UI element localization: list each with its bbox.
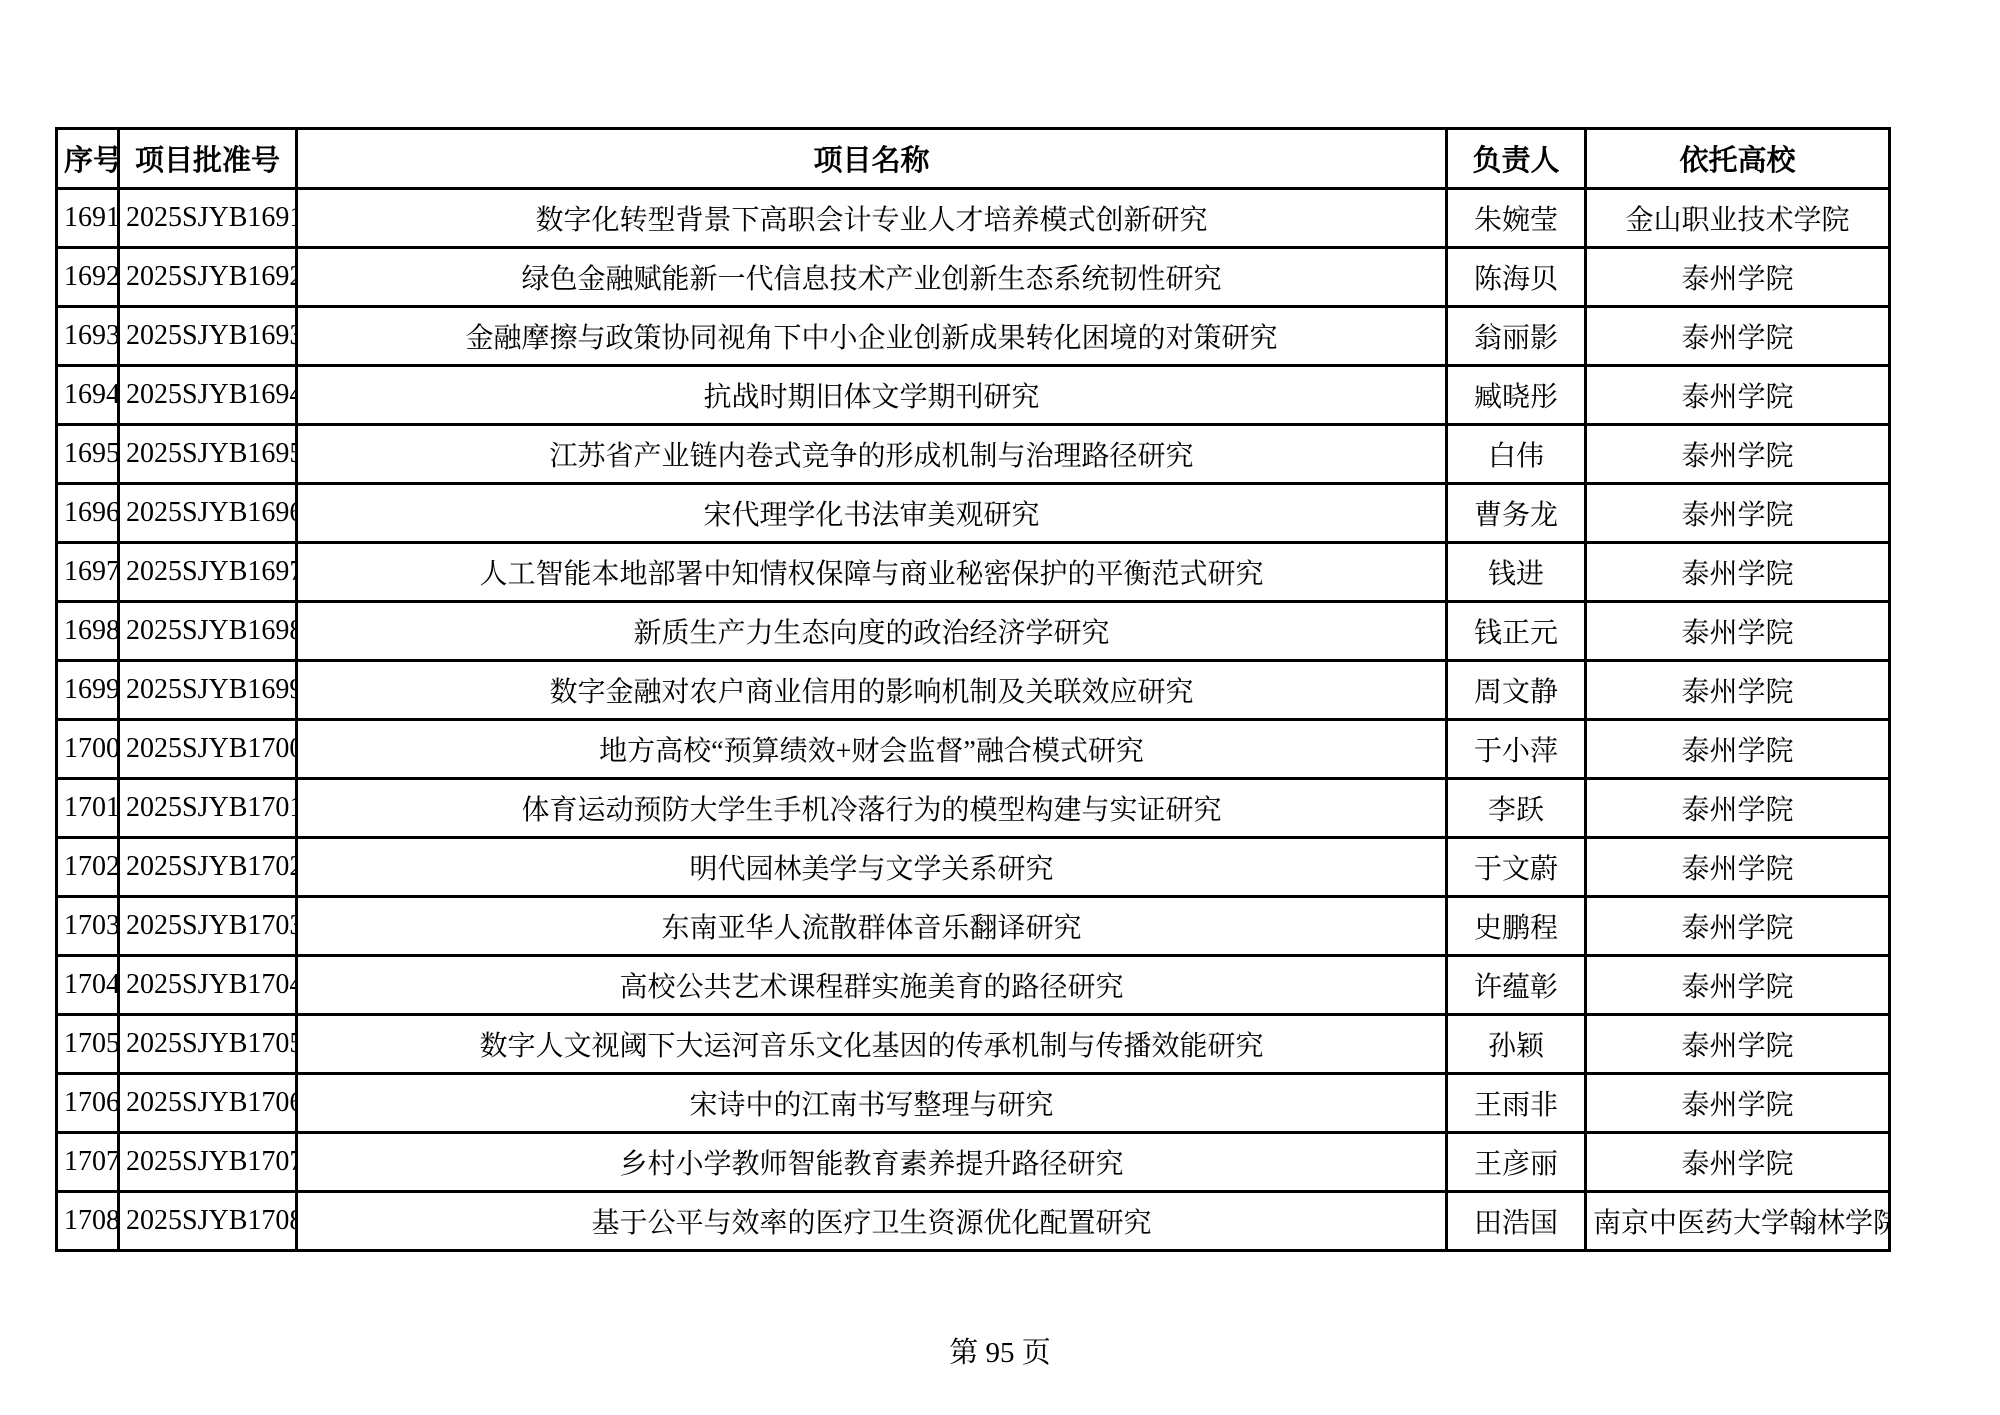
cell-seq: 1703 (57, 897, 119, 956)
cell-university: 泰州学院 (1586, 1015, 1890, 1074)
cell-seq: 1699 (57, 661, 119, 720)
header-approval-number: 项目批准号 (119, 129, 297, 189)
table-row: 16952025SJYB1695江苏省产业链内卷式竞争的形成机制与治理路径研究白… (57, 425, 1890, 484)
cell-project-name: 人工智能本地部署中知情权保障与商业秘密保护的平衡范式研究 (297, 543, 1447, 602)
table-row: 17062025SJYB1706宋诗中的江南书写整理与研究王雨非泰州学院 (57, 1074, 1890, 1133)
cell-approval-number: 2025SJYB1707 (119, 1133, 297, 1192)
header-seq: 序号 (57, 129, 119, 189)
cell-university: 泰州学院 (1586, 425, 1890, 484)
cell-project-name: 金融摩擦与政策协同视角下中小企业创新成果转化困境的对策研究 (297, 307, 1447, 366)
table-body: 16912025SJYB1691数字化转型背景下高职会计专业人才培养模式创新研究… (57, 189, 1890, 1251)
cell-seq: 1698 (57, 602, 119, 661)
table-row: 16992025SJYB1699数字金融对农户商业信用的影响机制及关联效应研究周… (57, 661, 1890, 720)
table-row: 16942025SJYB1694抗战时期旧体文学期刊研究臧晓彤泰州学院 (57, 366, 1890, 425)
cell-university: 泰州学院 (1586, 897, 1890, 956)
cell-approval-number: 2025SJYB1698 (119, 602, 297, 661)
cell-project-name: 数字化转型背景下高职会计专业人才培养模式创新研究 (297, 189, 1447, 248)
cell-project-name: 数字人文视阈下大运河音乐文化基因的传承机制与传播效能研究 (297, 1015, 1447, 1074)
cell-leader: 翁丽影 (1447, 307, 1586, 366)
cell-leader: 朱婉莹 (1447, 189, 1586, 248)
cell-university: 泰州学院 (1586, 838, 1890, 897)
cell-project-name: 体育运动预防大学生手机冷落行为的模型构建与实证研究 (297, 779, 1447, 838)
cell-leader: 钱正元 (1447, 602, 1586, 661)
cell-project-name: 数字金融对农户商业信用的影响机制及关联效应研究 (297, 661, 1447, 720)
table-row: 17042025SJYB1704高校公共艺术课程群实施美育的路径研究许蕴彰泰州学… (57, 956, 1890, 1015)
cell-approval-number: 2025SJYB1702 (119, 838, 297, 897)
cell-university: 泰州学院 (1586, 366, 1890, 425)
cell-seq: 1693 (57, 307, 119, 366)
cell-approval-number: 2025SJYB1706 (119, 1074, 297, 1133)
cell-leader: 于小萍 (1447, 720, 1586, 779)
cell-project-name: 地方高校“预算绩效+财会监督”融合模式研究 (297, 720, 1447, 779)
cell-seq: 1697 (57, 543, 119, 602)
cell-seq: 1692 (57, 248, 119, 307)
page-number: 第 95 页 (0, 1330, 2000, 1371)
cell-leader: 孙颖 (1447, 1015, 1586, 1074)
cell-university: 泰州学院 (1586, 307, 1890, 366)
cell-seq: 1701 (57, 779, 119, 838)
cell-seq: 1694 (57, 366, 119, 425)
cell-approval-number: 2025SJYB1695 (119, 425, 297, 484)
cell-leader: 王彦丽 (1447, 1133, 1586, 1192)
cell-approval-number: 2025SJYB1692 (119, 248, 297, 307)
cell-project-name: 东南亚华人流散群体音乐翻译研究 (297, 897, 1447, 956)
table-row: 17012025SJYB1701体育运动预防大学生手机冷落行为的模型构建与实证研… (57, 779, 1890, 838)
cell-university: 金山职业技术学院 (1586, 189, 1890, 248)
table-row: 17082025SJYB1708基于公平与效率的医疗卫生资源优化配置研究田浩国南… (57, 1192, 1890, 1251)
cell-university: 泰州学院 (1586, 661, 1890, 720)
cell-approval-number: 2025SJYB1691 (119, 189, 297, 248)
cell-project-name: 宋代理学化书法审美观研究 (297, 484, 1447, 543)
cell-leader: 白伟 (1447, 425, 1586, 484)
table-row: 17072025SJYB1707乡村小学教师智能教育素养提升路径研究王彦丽泰州学… (57, 1133, 1890, 1192)
table-header-row: 序号 项目批准号 项目名称 负责人 依托高校 (57, 129, 1890, 189)
table-row: 16982025SJYB1698新质生产力生态向度的政治经济学研究钱正元泰州学院 (57, 602, 1890, 661)
cell-seq: 1700 (57, 720, 119, 779)
cell-leader: 田浩国 (1447, 1192, 1586, 1251)
table-row: 16932025SJYB1693金融摩擦与政策协同视角下中小企业创新成果转化困境… (57, 307, 1890, 366)
cell-university: 泰州学院 (1586, 484, 1890, 543)
cell-leader: 曹务龙 (1447, 484, 1586, 543)
cell-project-name: 抗战时期旧体文学期刊研究 (297, 366, 1447, 425)
cell-leader: 于文蔚 (1447, 838, 1586, 897)
cell-approval-number: 2025SJYB1701 (119, 779, 297, 838)
cell-project-name: 乡村小学教师智能教育素养提升路径研究 (297, 1133, 1447, 1192)
cell-university: 泰州学院 (1586, 543, 1890, 602)
cell-project-name: 江苏省产业链内卷式竞争的形成机制与治理路径研究 (297, 425, 1447, 484)
cell-leader: 臧晓彤 (1447, 366, 1586, 425)
cell-seq: 1705 (57, 1015, 119, 1074)
cell-approval-number: 2025SJYB1705 (119, 1015, 297, 1074)
cell-approval-number: 2025SJYB1708 (119, 1192, 297, 1251)
cell-leader: 史鹏程 (1447, 897, 1586, 956)
cell-project-name: 明代园林美学与文学关系研究 (297, 838, 1447, 897)
cell-university: 南京中医药大学翰林学院 (1586, 1192, 1890, 1251)
cell-approval-number: 2025SJYB1693 (119, 307, 297, 366)
cell-approval-number: 2025SJYB1699 (119, 661, 297, 720)
table-row: 17002025SJYB1700地方高校“预算绩效+财会监督”融合模式研究于小萍… (57, 720, 1890, 779)
cell-approval-number: 2025SJYB1696 (119, 484, 297, 543)
cell-leader: 周文静 (1447, 661, 1586, 720)
table-row: 17032025SJYB1703东南亚华人流散群体音乐翻译研究史鹏程泰州学院 (57, 897, 1890, 956)
cell-project-name: 绿色金融赋能新一代信息技术产业创新生态系统韧性研究 (297, 248, 1447, 307)
cell-seq: 1704 (57, 956, 119, 1015)
cell-approval-number: 2025SJYB1703 (119, 897, 297, 956)
cell-university: 泰州学院 (1586, 1133, 1890, 1192)
cell-project-name: 新质生产力生态向度的政治经济学研究 (297, 602, 1447, 661)
header-project-name: 项目名称 (297, 129, 1447, 189)
cell-university: 泰州学院 (1586, 602, 1890, 661)
cell-leader: 许蕴彰 (1447, 956, 1586, 1015)
cell-approval-number: 2025SJYB1694 (119, 366, 297, 425)
table-row: 17052025SJYB1705数字人文视阈下大运河音乐文化基因的传承机制与传播… (57, 1015, 1890, 1074)
cell-university: 泰州学院 (1586, 248, 1890, 307)
cell-university: 泰州学院 (1586, 779, 1890, 838)
cell-seq: 1691 (57, 189, 119, 248)
cell-project-name: 高校公共艺术课程群实施美育的路径研究 (297, 956, 1447, 1015)
cell-approval-number: 2025SJYB1700 (119, 720, 297, 779)
cell-project-name: 基于公平与效率的医疗卫生资源优化配置研究 (297, 1192, 1447, 1251)
cell-leader: 王雨非 (1447, 1074, 1586, 1133)
cell-seq: 1708 (57, 1192, 119, 1251)
cell-leader: 陈海贝 (1447, 248, 1586, 307)
cell-leader: 李跃 (1447, 779, 1586, 838)
cell-university: 泰州学院 (1586, 720, 1890, 779)
document-page: 序号 项目批准号 项目名称 负责人 依托高校 16912025SJYB1691数… (0, 0, 2000, 1415)
cell-university: 泰州学院 (1586, 1074, 1890, 1133)
table-row: 16922025SJYB1692绿色金融赋能新一代信息技术产业创新生态系统韧性研… (57, 248, 1890, 307)
cell-university: 泰州学院 (1586, 956, 1890, 1015)
cell-seq: 1696 (57, 484, 119, 543)
table-row: 16972025SJYB1697人工智能本地部署中知情权保障与商业秘密保护的平衡… (57, 543, 1890, 602)
cell-project-name: 宋诗中的江南书写整理与研究 (297, 1074, 1447, 1133)
cell-approval-number: 2025SJYB1697 (119, 543, 297, 602)
table-row: 16962025SJYB1696宋代理学化书法审美观研究曹务龙泰州学院 (57, 484, 1890, 543)
header-leader: 负责人 (1447, 129, 1586, 189)
header-university: 依托高校 (1586, 129, 1890, 189)
cell-seq: 1706 (57, 1074, 119, 1133)
cell-leader: 钱进 (1447, 543, 1586, 602)
projects-table: 序号 项目批准号 项目名称 负责人 依托高校 16912025SJYB1691数… (55, 127, 1891, 1252)
cell-approval-number: 2025SJYB1704 (119, 956, 297, 1015)
cell-seq: 1702 (57, 838, 119, 897)
table-row: 17022025SJYB1702明代园林美学与文学关系研究于文蔚泰州学院 (57, 838, 1890, 897)
table-row: 16912025SJYB1691数字化转型背景下高职会计专业人才培养模式创新研究… (57, 189, 1890, 248)
cell-seq: 1707 (57, 1133, 119, 1192)
cell-seq: 1695 (57, 425, 119, 484)
